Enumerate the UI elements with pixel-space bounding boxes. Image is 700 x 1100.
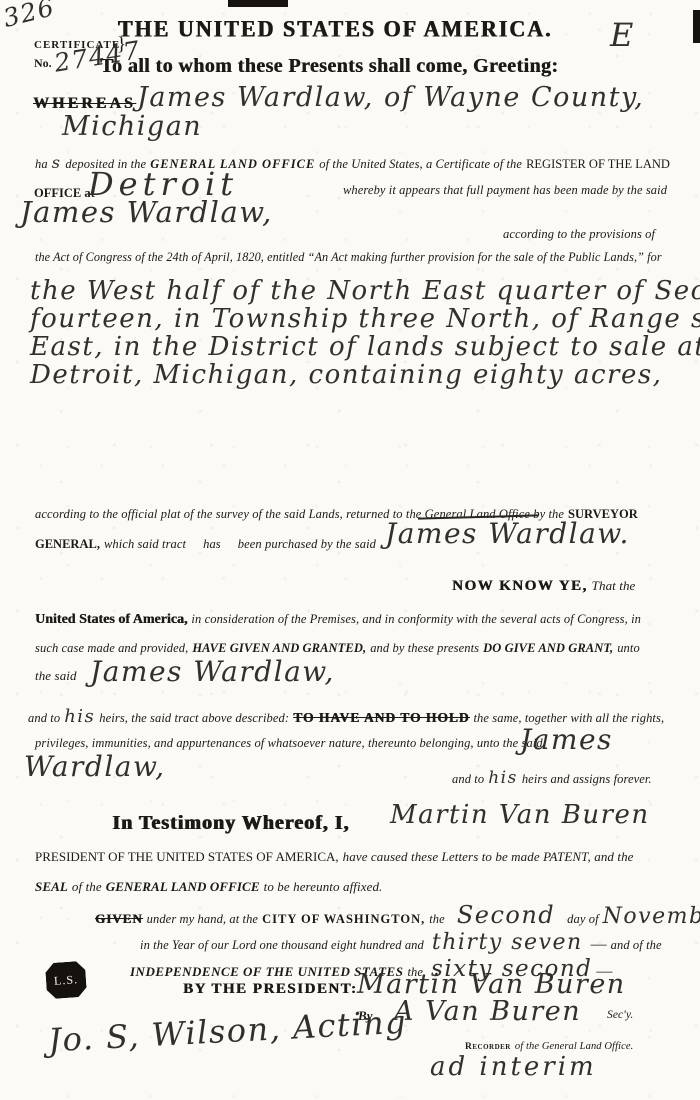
in-testimony-whereof-label: In Testimony Whereof, I, [112,812,349,835]
his-handwritten-2: his [488,768,518,788]
land-patent-document: 326 E THE UNITED STATES OF AMERICA. CERT… [0,0,700,1100]
act-of-congress-clause: the Act of Congress of the 24th of April… [35,250,662,265]
ls-seal-text: L.S. [53,972,78,989]
year-pre-clause: in the Year of our Lord one thousand eig… [140,938,424,952]
president-name-handwritten: Martin Van Buren [390,800,650,830]
month-value-handwritten: November [603,904,700,929]
seal-of-the: of the [72,879,102,894]
and-to-2: and to [452,772,484,786]
given-label: GIVEN [95,911,143,926]
day-value-handwritten: Second [457,901,555,929]
purchaser-signature: James Wardlaw. [385,517,630,550]
grantee-signature2-part1: James [520,723,613,756]
letters-patent-clause: have caused these Letters to be made PAT… [343,849,634,864]
general-label: GENERAL, [35,537,100,551]
unto-word: unto [617,641,640,655]
ad-interim-handwritten: ad interim [430,1052,597,1082]
now-know-ye-line: NOW KNOW YE, That the [452,577,635,595]
deposit-pre: ha [35,157,48,171]
year-line: in the Year of our Lord one thousand eig… [140,930,662,955]
plat-line2-mid: which said tract [104,537,186,551]
grantee-name-line1: James Wardlaw, of Wayne County, [137,82,644,113]
grantee-signature: James Wardlaw, [90,655,335,688]
given-line: GIVEN under my hand, at the CITY OF WASH… [95,901,700,929]
plat-letter-mark: E [610,16,635,54]
recorder-label-smallcaps: Recorder [465,1042,511,1052]
deposit-mid2: of the United States, a Certificate of t… [319,157,522,171]
presents-clause: and by these presents [370,641,479,655]
provisions-clause: according to the provisions of [503,227,655,242]
recorder-label-rest: of the General Land Office. [515,1041,633,1052]
and-to-1: and to [28,711,60,725]
land-description-line3: East, in the District of lands subject t… [30,332,700,362]
register-label: REGISTER OF THE LAND [526,157,670,171]
under-hand-clause: under my hand, at the [147,912,258,926]
usa-rest: in consideration of the Premises, and in… [191,612,641,626]
year-value-handwritten: thirty seven [432,930,583,955]
plat-line2-post: been purchased by the said [238,537,376,551]
payer-signature: James Wardlaw, [20,195,273,229]
city-of-washington-label: CITY OF WASHINGTON, [262,912,425,926]
president-caps-line: PRESIDENT OF THE UNITED STATES OF AMERIC… [35,848,634,866]
given-the: the [429,912,445,926]
plat-line2-has: has [203,537,221,551]
heirs-clause: heirs, the said tract above described: [99,711,289,725]
acting-recorder-signature-handwritten: Jo. S, Wilson, Acting [47,1003,408,1060]
certificate-no-label: No. [34,56,52,71]
scan-edge-mark-top [228,0,288,7]
his-handwritten-1: his [64,706,95,727]
grantee-name-line2: Michigan [62,111,202,142]
president-caps: PRESIDENT OF THE UNITED STATES OF AMERIC… [35,849,339,864]
that-the: That the [592,578,636,593]
ls-seal: L.S. [45,961,87,1000]
year-dash: — [591,936,607,953]
seal-end: to be hereunto affixed. [264,879,383,894]
deposit-plural-s: s [52,153,62,172]
usa-line: United States of America, in considerati… [35,610,641,628]
forever-clause: heirs and assigns forever. [522,772,652,786]
land-description-line2: fourteen, in Township three North, of Ra… [30,304,700,334]
have-given-clause: HAVE GIVEN AND GRANTED, [192,641,366,655]
land-description-line4: Detroit, Michigan, containing eighty acr… [30,360,662,390]
day-of-label: day of [567,912,599,926]
to-have-and-to-hold-label: TO HAVE AND TO HOLD [293,710,469,725]
privileges-clause: privileges, immunities, and appurtenance… [35,736,543,751]
year-post-clause: and of the [611,938,662,952]
land-description-line1: the West half of the North East quarter … [30,276,700,306]
scan-edge-mark-right [693,10,700,43]
by-the-president-label: BY THE PRESIDENT: [183,981,357,998]
do-give-clause: DO GIVE AND GRANT, [483,641,613,655]
page-number-handwritten: 326 [0,0,58,33]
now-know-ye-label: NOW KNOW YE, [452,578,588,594]
plat-line2: GENERAL, which said tract has been purch… [35,535,376,553]
glo-word: GENERAL LAND OFFICE [106,879,260,894]
grantee-signature2-part2: Wardlaw, [24,750,166,783]
payment-clause: whereby it appears that full payment has… [343,183,667,198]
seal-affixed-line: SEAL of the GENERAL LAND OFFICE to be he… [35,878,382,896]
salutation: To all to whom these Presents shall come… [100,55,558,78]
document-title: THE UNITED STATES OF AMERICA. [115,15,555,42]
usa-bold: United States of America, [35,612,187,627]
the-said-label: the said [35,668,77,684]
secy-label: Sec'y. [607,1009,633,1021]
forever-line: and to his heirs and assigns forever. [452,768,652,788]
seal-word: SEAL [35,879,68,894]
provided-clause: such case made and provided, [35,641,188,655]
secretary-signature-handwritten: A Van Buren [394,996,581,1027]
